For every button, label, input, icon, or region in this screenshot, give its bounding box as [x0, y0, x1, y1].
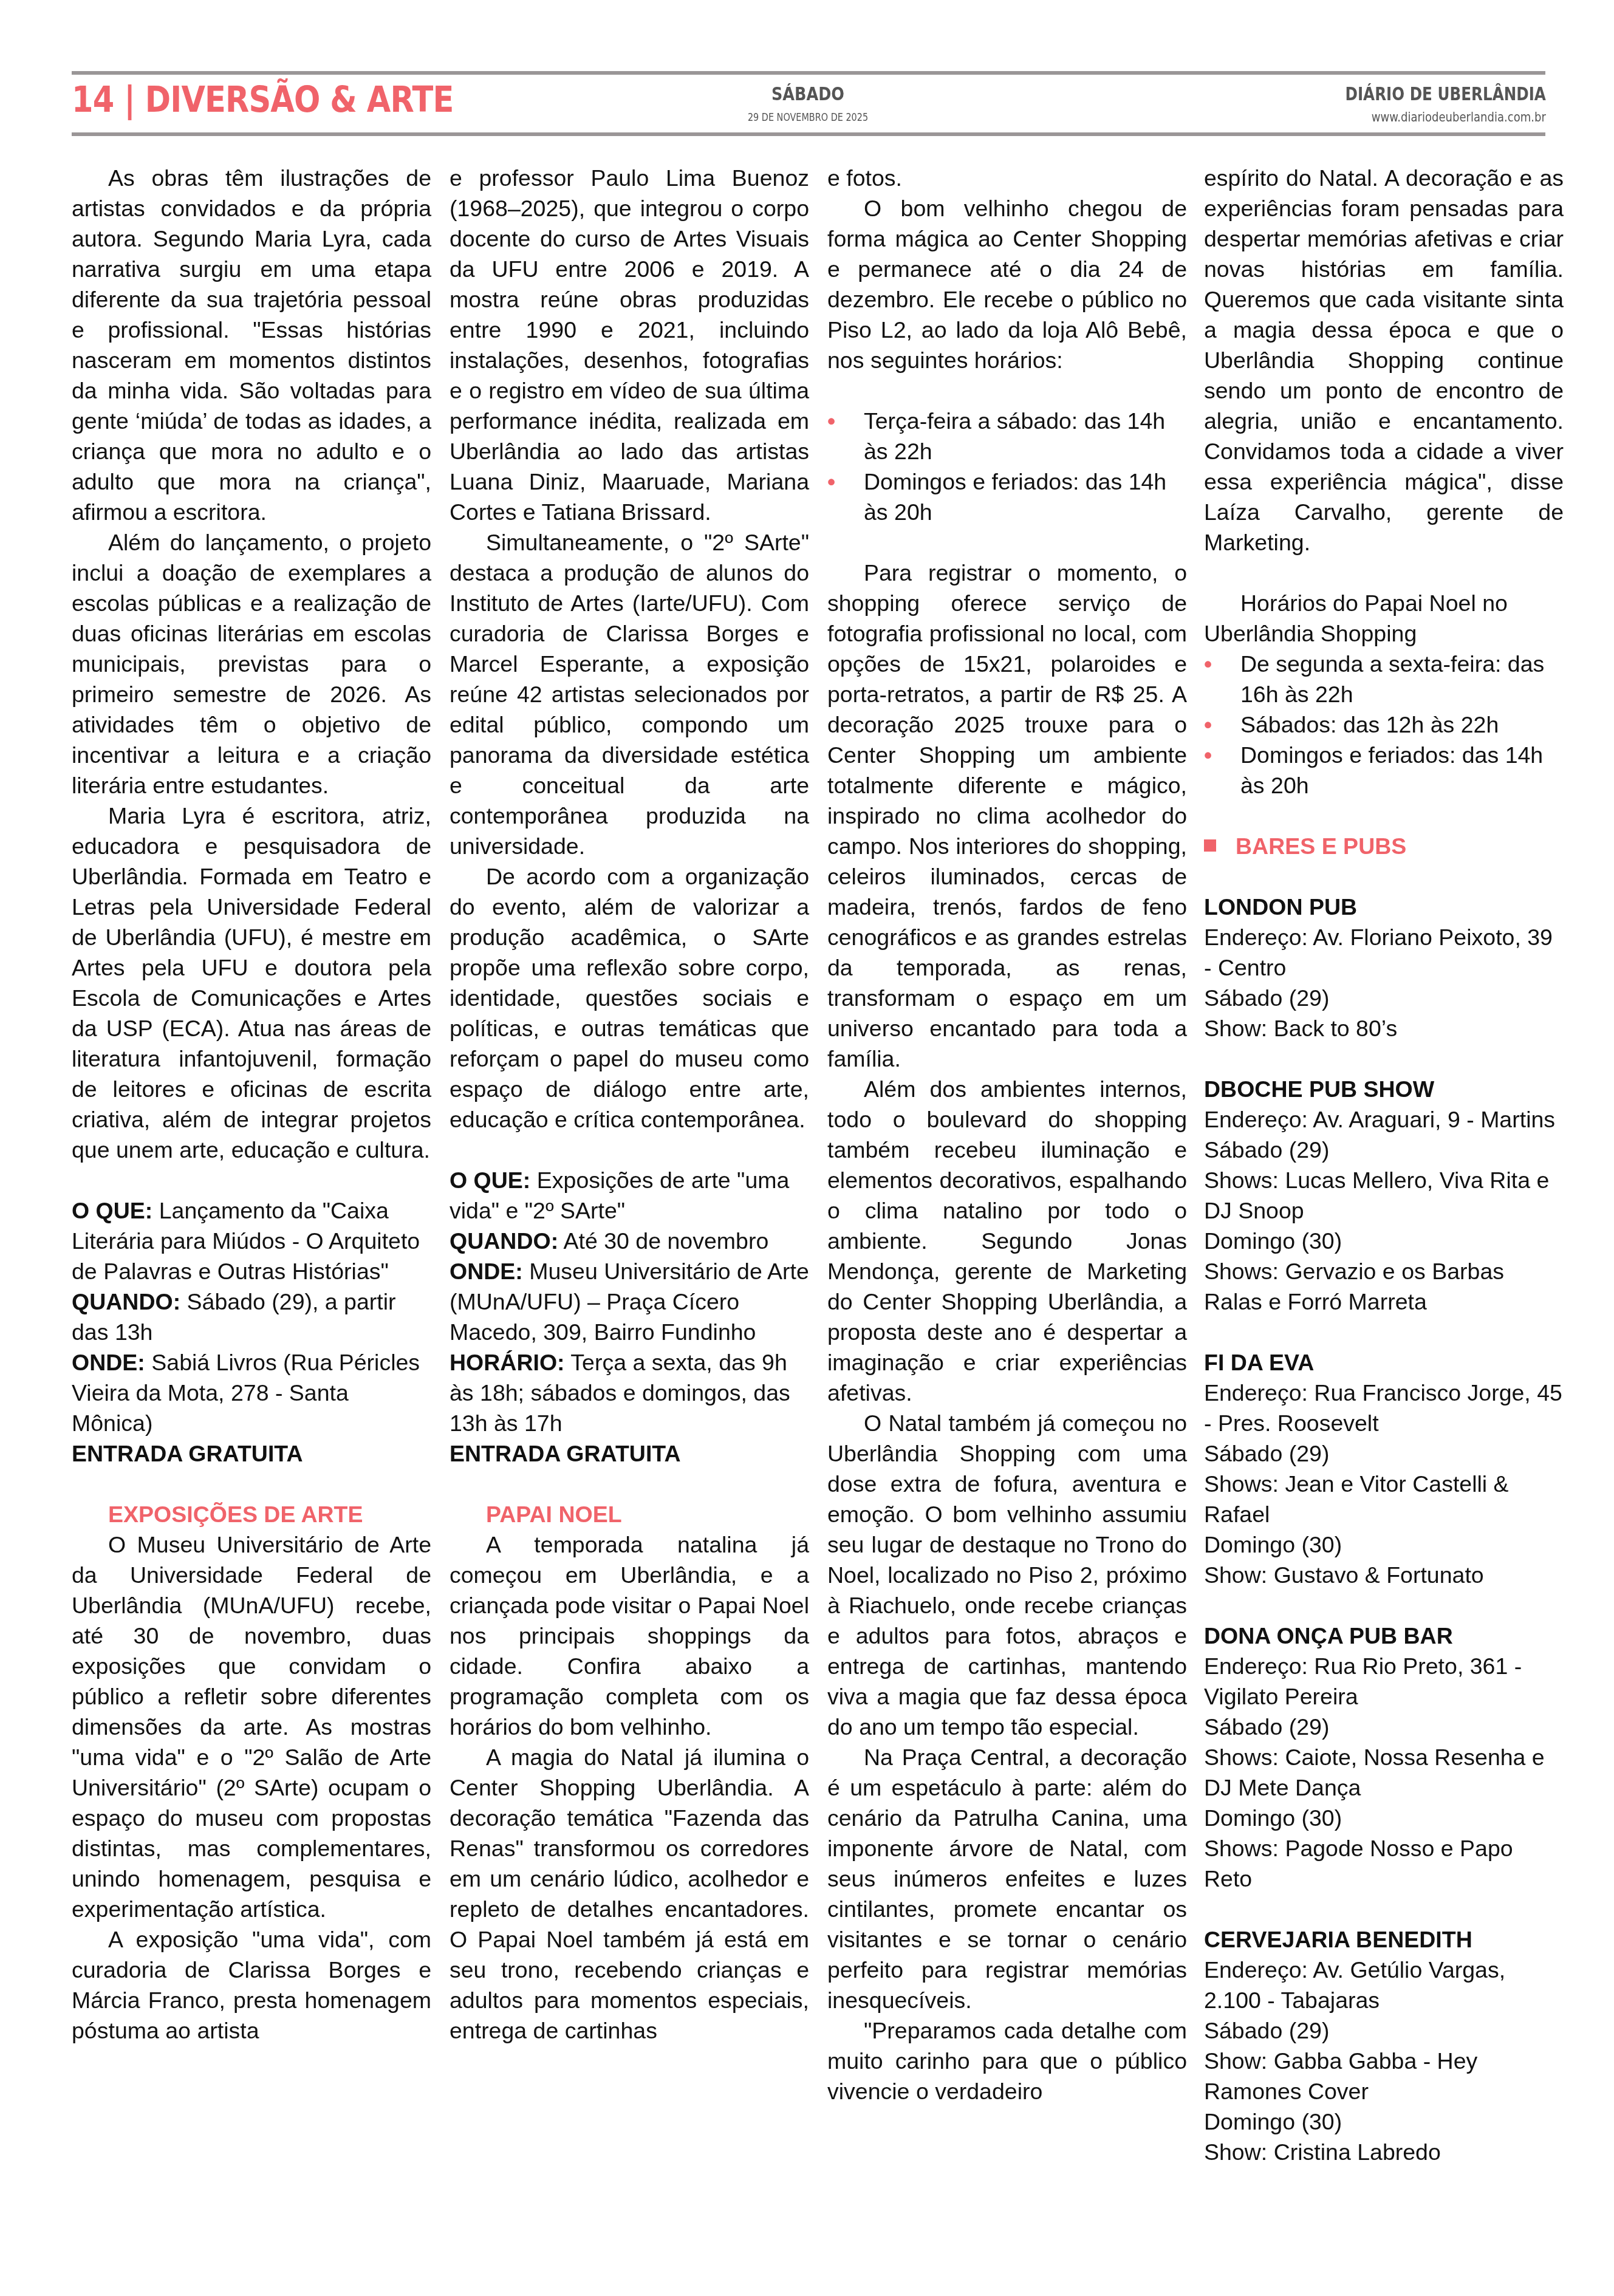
pub-line: Domingo (30): [1204, 2106, 1564, 2137]
pub-entry: DBOCHE PUB SHOW Endereço: Av. Araguari, …: [1204, 1074, 1564, 1317]
pub-name: FI DA EVA: [1204, 1347, 1564, 1378]
schedule-list: De segunda a sexta-feira: das 16h às 22h…: [1204, 649, 1564, 801]
paragraph: A temporada natalina já começou em Uberl…: [450, 1529, 809, 1742]
header-day: SÁBADO: [736, 84, 880, 105]
pub-line: Shows: Lucas Mellero, Viva Rita e DJ Sno…: [1204, 1165, 1564, 1226]
pub-line: Sábado (29): [1204, 1712, 1564, 1742]
pub-line: Shows: Jean e Vitor Castelli & Rafael: [1204, 1469, 1564, 1529]
paragraph: Simultaneamente, o "2º SArte" destaca a …: [450, 527, 809, 861]
paragraph: O Natal também já começou no Uberlândia …: [827, 1408, 1187, 1742]
masthead: DIÁRIO DE UBERLÂNDIA www.diariodeuberlan…: [1301, 84, 1546, 125]
paragraph: espírito do Natal. A decoração e as expe…: [1204, 163, 1564, 558]
pub-entry: FI DA EVA Endereço: Rua Francisco Jorge,…: [1204, 1347, 1564, 1590]
column-3: e fotos. O bom velhinho chegou de forma …: [827, 163, 1187, 2106]
paragraph: O Museu Universitário de Arte da Univers…: [72, 1529, 431, 1924]
header-bottom-rule: [72, 132, 1545, 136]
schedule-item: Domingos e feriados: das 14h às 20h: [1204, 740, 1564, 801]
pub-line: Endereço: Av. Getúlio Vargas, 2.100 - Ta…: [1204, 1955, 1564, 2015]
paragraph: Além dos ambientes internos, todo o boul…: [827, 1074, 1187, 1408]
info-when: QUANDO: Até 30 de novembro: [450, 1226, 809, 1256]
square-bullet-icon: [1204, 839, 1216, 852]
paragraph: De acordo com a organização do evento, a…: [450, 861, 809, 1135]
free-entry: ENTRADA GRATUITA: [450, 1438, 809, 1469]
publication-name: DIÁRIO DE UBERLÂNDIA: [1346, 84, 1546, 105]
pub-line: Sábado (29): [1204, 983, 1564, 1013]
pub-name: DONA ONÇA PUB BAR: [1204, 1621, 1564, 1651]
pub-line: Endereço: Rua Rio Preto, 361 - Vigilato …: [1204, 1651, 1564, 1712]
pub-name: LONDON PUB: [1204, 892, 1564, 922]
pub-line: Shows: Pagode Nosso e Papo Reto: [1204, 1833, 1564, 1894]
pub-entry: LONDON PUB Endereço: Av. Floriano Peixot…: [1204, 892, 1564, 1044]
header-date: 29 DE NOVEMBRO DE 2025: [740, 111, 876, 124]
paragraph: Além do lançamento, o projeto inclui a d…: [72, 527, 431, 801]
section-heading-exposicoes: EXPOSIÇÕES DE ARTE: [108, 1499, 431, 1529]
column-2: e professor Paulo Lima Buenoz (1968–2025…: [450, 163, 809, 2046]
paragraph: Na Praça Central, a decoração é um espet…: [827, 1742, 1187, 2015]
schedule-list: Terça-feira a sábado: das 14h às 22h Dom…: [827, 406, 1187, 527]
pub-line: Show: Gustavo & Fortunato: [1204, 1560, 1564, 1590]
header-top-rule: [72, 71, 1545, 75]
paragraph: Maria Lyra é escritora, atriz, educadora…: [72, 801, 431, 1165]
pub-line: Endereço: Av. Araguari, 9 - Martins: [1204, 1104, 1564, 1135]
header-dateline: SÁBADO 29 DE NOVEMBRO DE 2025: [723, 84, 893, 124]
schedule-title: Horários do Papai Noel no Uberlândia Sho…: [1204, 588, 1564, 649]
section-heading-papai-noel: PAPAI NOEL: [486, 1499, 809, 1529]
paragraph: As obras têm ilustrações de artistas con…: [72, 163, 431, 527]
paragraph: A exposição "uma vida", com curadoria de…: [72, 1924, 431, 2046]
pub-line: Endereço: Av. Floriano Peixoto, 39 - Cen…: [1204, 922, 1564, 983]
paragraph: e fotos.: [827, 163, 1187, 193]
schedule-item: Sábados: das 12h às 22h: [1204, 709, 1564, 740]
pub-line: Sábado (29): [1204, 2015, 1564, 2046]
pub-name: CERVEJARIA BENEDITH: [1204, 1924, 1564, 1955]
free-entry: ENTRADA GRATUITA: [72, 1438, 431, 1469]
info-what: O QUE: Lançamento da "Caixa Literária pa…: [72, 1195, 431, 1286]
paragraph: O bom velhinho chegou de forma mágica ao…: [827, 193, 1187, 375]
paragraph: Para registrar o momento, o shopping ofe…: [827, 558, 1187, 1074]
info-where: ONDE: Museu Universitário de Arte (MUnA/…: [450, 1256, 809, 1347]
paragraph: "Preparamos cada detalhe com muito carin…: [827, 2015, 1187, 2106]
pub-line: Show: Gabba Gabba - Hey Ramones Cover: [1204, 2046, 1564, 2106]
pub-entry: CERVEJARIA BENEDITH Endereço: Av. Getúli…: [1204, 1924, 1564, 2167]
column-4: espírito do Natal. A decoração e as expe…: [1204, 163, 1564, 2167]
pub-line: Show: Back to 80’s: [1204, 1013, 1564, 1044]
pub-line: Shows: Caiote, Nossa Resenha e DJ Mete D…: [1204, 1742, 1564, 1803]
pub-line: Sábado (29): [1204, 1135, 1564, 1165]
section-heading-bares: BARES E PUBS: [1204, 831, 1564, 861]
pub-line: Sábado (29): [1204, 1438, 1564, 1469]
schedule-item: Terça-feira a sábado: das 14h às 22h: [827, 406, 1187, 466]
pub-line: Domingo (30): [1204, 1226, 1564, 1256]
pub-line: Shows: Gervazio e os Barbas Ralas e Forr…: [1204, 1256, 1564, 1317]
schedule-item: Domingos e feriados: das 14h às 20h: [827, 466, 1187, 527]
pub-line: Endereço: Rua Francisco Jorge, 45 - Pres…: [1204, 1378, 1564, 1438]
pub-name: DBOCHE PUB SHOW: [1204, 1074, 1564, 1104]
info-when: QUANDO: Sábado (29), a partir das 13h: [72, 1286, 431, 1347]
paragraph: A magia do Natal já ilumina o Center Sho…: [450, 1742, 809, 2046]
column-1: As obras têm ilustrações de artistas con…: [72, 163, 431, 2046]
pub-line: Domingo (30): [1204, 1529, 1564, 1560]
section-title: 14 | DIVERSÃO & ARTE: [72, 79, 454, 120]
info-what: O QUE: Exposições de arte "uma vida" e "…: [450, 1165, 809, 1226]
pub-line: Domingo (30): [1204, 1803, 1564, 1833]
info-where: ONDE: Sabiá Livros (Rua Péricles Vieira …: [72, 1347, 431, 1438]
pub-line: Show: Cristina Labredo: [1204, 2137, 1564, 2167]
schedule-item: De segunda a sexta-feira: das 16h às 22h: [1204, 649, 1564, 709]
info-hours: HORÁRIO: Terça a sexta, das 9h às 18h; s…: [450, 1347, 809, 1438]
pub-entry: DONA ONÇA PUB BAR Endereço: Rua Rio Pret…: [1204, 1621, 1564, 1894]
publication-url[interactable]: www.diariodeuberlandia.com.br: [1346, 110, 1546, 125]
paragraph: e professor Paulo Lima Buenoz (1968–2025…: [450, 163, 809, 527]
